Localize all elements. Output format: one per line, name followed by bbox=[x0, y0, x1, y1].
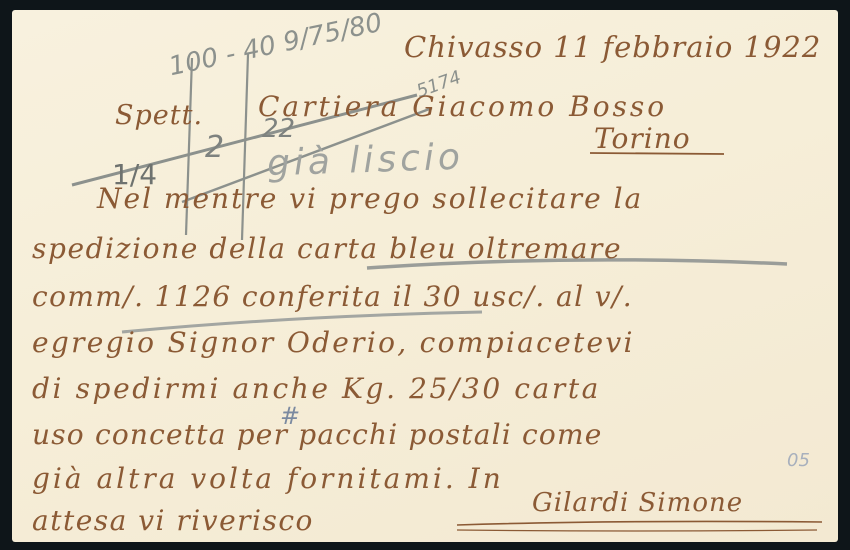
body-line-2: spedizione della carta bleu oltremare bbox=[32, 232, 622, 265]
city: Torino bbox=[594, 122, 691, 155]
body-line-4: egregio Signor Oderio, compiacetevi bbox=[32, 326, 635, 359]
body-line-6: uso concetta per pacchi postali come bbox=[32, 418, 603, 451]
postcard: 100 - 40 9/75/80 5174 1/4 2 22 già lisci… bbox=[12, 10, 838, 542]
body-line-7: già altra volta fornitami. In bbox=[32, 462, 504, 495]
addressee: Cartiera Giacomo Bosso bbox=[258, 90, 667, 123]
body-line-5: di spedirmi anche Kg. 25/30 carta bbox=[32, 372, 601, 405]
body-line-3: comm/. 1126 conferita il 30 usc/. al v/. bbox=[32, 280, 633, 313]
signature: Gilardi Simone bbox=[532, 488, 743, 518]
body-line-8: attesa vi riverisco bbox=[32, 504, 314, 537]
place-date: Chivasso 11 febbraio 1922 bbox=[404, 30, 821, 64]
pencil-margin-mark-2: 2 bbox=[205, 130, 224, 165]
pencil-side-note: 05 bbox=[787, 450, 810, 471]
body-line-1: Nel mentre vi prego sollecitare la bbox=[97, 182, 643, 215]
salutation: Spett. bbox=[115, 100, 203, 131]
pencil-annotation: già liscio bbox=[266, 137, 464, 185]
